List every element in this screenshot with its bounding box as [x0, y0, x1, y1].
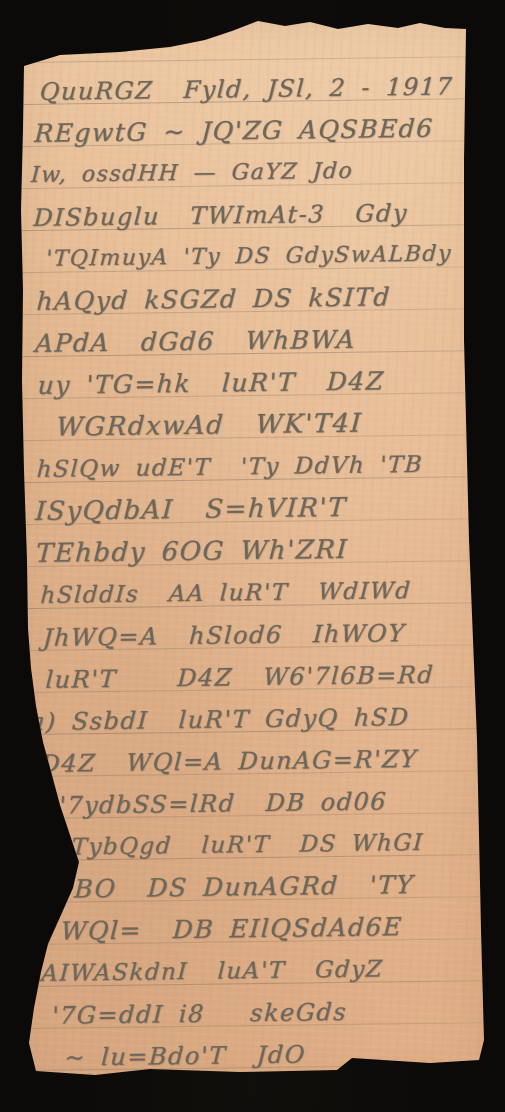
- manuscript-line: TEhbdy 6OG Wh'ZRI: [35, 530, 349, 574]
- manuscript-line: ~ lu=Bdo'T JdO: [63, 1034, 307, 1077]
- manuscript-line: hAQyd kSGZd DS kSITd: [35, 277, 391, 322]
- manuscript-line: WQl= DB EIlQSdAd6E: [60, 907, 404, 952]
- manuscript-line: APdA dGd6 WhBWA: [34, 320, 357, 364]
- manuscript-line: DISbuglu TWImAt-3 Gdy: [32, 193, 409, 238]
- manuscript-line: 'TybQgd luR'T DS WhGI: [63, 823, 425, 868]
- ruled-line: [0, 56, 498, 64]
- manuscript-line: a) SsbdI luR'T GdyQ hSD: [29, 697, 411, 742]
- manuscript-line: WGRdxwAd WK'T4I: [55, 404, 363, 448]
- manuscript-line: Iw, ossdHH — GaYZ Jdo: [30, 152, 355, 196]
- photo-background: QuuRGZ Fyld, JSl, 2 - 1917REgwtG ~ JQ'ZG…: [0, 0, 505, 1112]
- manuscript-line: '7ydbSS=lRd DB od06: [58, 781, 388, 825]
- manuscript-line: D4Z WQl=A DunAG=R'ZY: [40, 739, 419, 784]
- manuscript-paper: QuuRGZ Fyld, JSl, 2 - 1917REgwtG ~ JQ'ZG…: [0, 0, 505, 1112]
- manuscript-line: luR'T D4Z W6'7l6B=Rd: [44, 655, 435, 700]
- manuscript-content: QuuRGZ Fyld, JSl, 2 - 1917REgwtG ~ JQ'ZG…: [0, 0, 505, 1112]
- manuscript-line: REgwtG ~ JQ'ZG AQSBEd6: [33, 109, 434, 154]
- manuscript-line: AIWASkdnI luA'T GdyZ: [40, 949, 384, 994]
- manuscript-line: JhWQ=A hSlod6 IhWOY: [42, 613, 407, 658]
- manuscript-line: '7G=ddI i8 skeGds: [51, 992, 348, 1036]
- manuscript-line: 'TQImuyA 'Ty DS GdySwALBdy: [45, 234, 453, 279]
- manuscript-line: QuuRGZ Fyld, JSl, 2 - 1917: [39, 66, 455, 111]
- manuscript-line: BO DS DunAGRd 'TY: [73, 865, 415, 909]
- manuscript-line: ISyQdbAI S=hVIR'T: [34, 488, 348, 532]
- manuscript-line: hSlddIs AA luR'T WdIWd: [39, 571, 412, 616]
- manuscript-line: hSlQw udE'T 'Ty DdVh 'TB: [36, 445, 425, 490]
- manuscript-line: uy 'TG=hk luR'T D4Z: [37, 361, 386, 406]
